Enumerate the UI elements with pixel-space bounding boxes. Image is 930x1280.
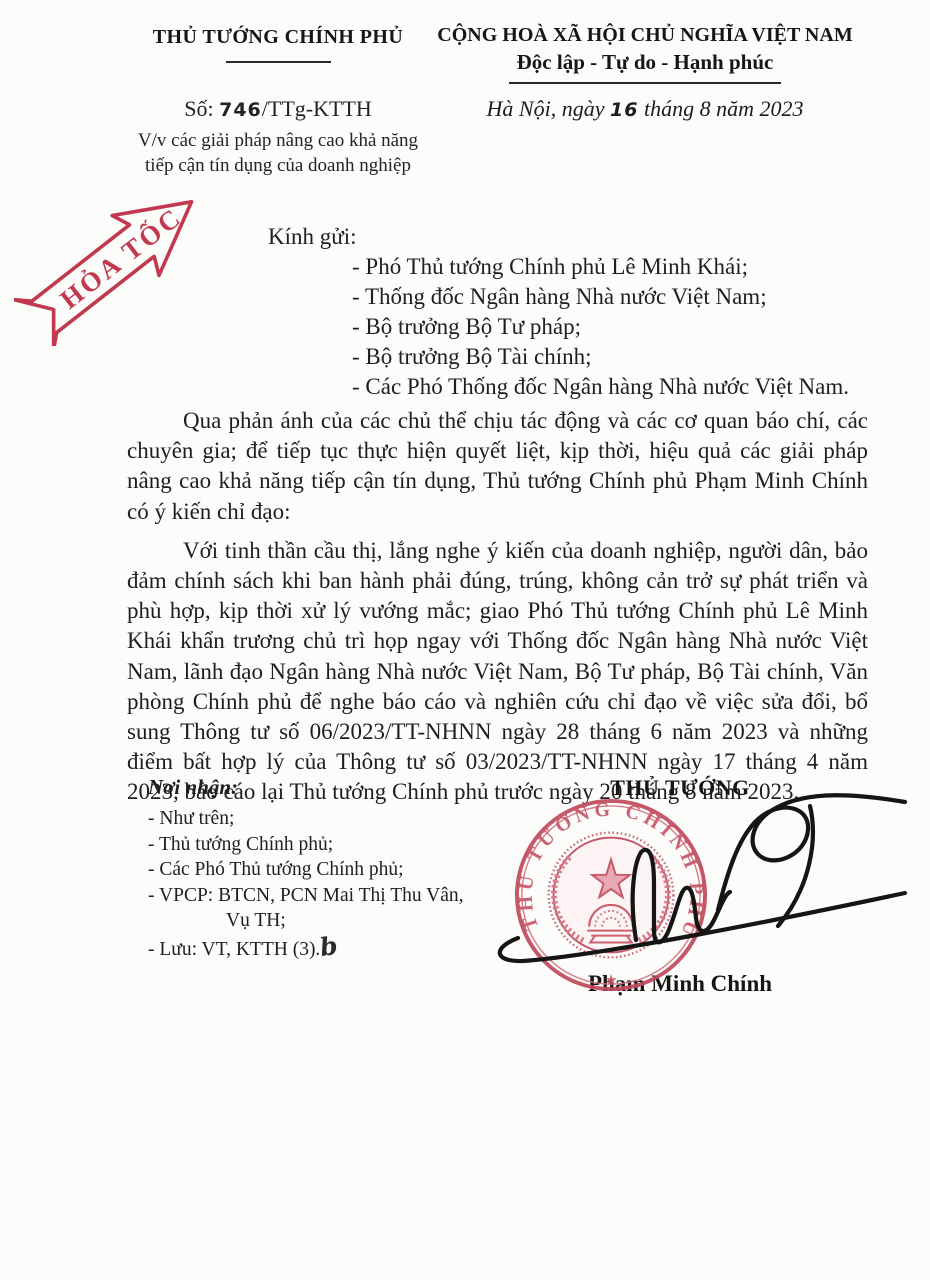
subject-line-2: tiếp cận tín dụng của doanh nghiệp — [90, 153, 466, 178]
urgency-arrow-stamp-icon: HỎA TỐC — [14, 186, 214, 346]
noi-nhan-item-luu: - Lưu: VT, KTTH (3).b — [148, 934, 488, 963]
issuer-name: THỦ TƯỚNG CHÍNH PHỦ — [118, 26, 438, 49]
salutation-label: Kính gửi: — [268, 224, 357, 250]
noi-nhan-item: - VPCP: BTCN, PCN Mai Thị Thu Vân, — [148, 883, 488, 909]
subject-line-1: V/v các giải pháp nâng cao khả năng — [90, 128, 466, 153]
noi-nhan-item-continuation: Vụ TH; — [148, 908, 488, 934]
national-title: CỘNG HOÀ XÃ HỘI CHỦ NGHĨA VIỆT NAM — [430, 24, 860, 47]
place-date-prefix: Hà Nội, ngày — [487, 96, 605, 121]
noi-nhan-item: - Các Phó Thủ tướng Chính phủ; — [148, 857, 488, 883]
place-date-line: Hà Nội, ngày 16 tháng 8 năm 2023 — [430, 96, 860, 122]
header-issuer-block: THỦ TƯỚNG CHÍNH PHỦ — [118, 26, 438, 63]
recipient-item: - Bộ trưởng Bộ Tư pháp; — [352, 312, 849, 342]
number-suffix: /TTg-KTTH — [262, 96, 372, 121]
body-paragraph-2: Với tinh thần cầu thị, lắng nghe ý kiến … — [127, 536, 868, 808]
recipients-footer-block: Nơi nhận: - Như trên; - Thủ tướng Chính … — [148, 775, 488, 962]
noi-nhan-label: Nơi nhận: — [148, 775, 488, 800]
document-number-line: Số: 746/TTg-KTTH — [118, 96, 438, 122]
number-label: Số: — [184, 96, 213, 121]
header-national-block: CỘNG HOÀ XÃ HỘI CHỦ NGHĨA VIỆT NAM Độc l… — [430, 24, 860, 84]
recipient-item: - Các Phó Thống đốc Ngân hàng Nhà nước V… — [352, 372, 849, 402]
handwritten-initial-mark: b — [319, 932, 340, 960]
motto-underline — [509, 82, 781, 84]
noi-nhan-item: - Thủ tướng Chính phủ; — [148, 832, 488, 858]
number-value-handwritten: 746 — [219, 99, 262, 121]
national-motto: Độc lập - Tự do - Hạnh phúc — [430, 50, 860, 75]
body-paragraph-1: Qua phản ánh của các chủ thể chịu tác độ… — [127, 406, 868, 527]
recipient-list: - Phó Thủ tướng Chính phủ Lê Minh Khái; … — [352, 252, 849, 402]
issuer-underline — [226, 61, 331, 63]
letter-body: Qua phản ánh của các chủ thể chịu tác độ… — [127, 406, 868, 817]
scanned-official-letter: THỦ TƯỚNG CHÍNH PHỦ Số: 746/TTg-KTTH V/v… — [0, 0, 930, 1280]
handwritten-signature-icon — [478, 770, 908, 982]
date-day-handwritten: 16 — [610, 99, 638, 121]
noi-nhan-item: - Như trên; — [148, 806, 488, 832]
subject-block: V/v các giải pháp nâng cao khả năng tiếp… — [90, 128, 466, 178]
date-suffix: tháng 8 năm 2023 — [644, 96, 804, 121]
recipient-item: - Phó Thủ tướng Chính phủ Lê Minh Khái; — [352, 252, 849, 282]
recipient-item: - Thống đốc Ngân hàng Nhà nước Việt Nam; — [352, 282, 849, 312]
recipient-item: - Bộ trưởng Bộ Tài chính; — [352, 342, 849, 372]
